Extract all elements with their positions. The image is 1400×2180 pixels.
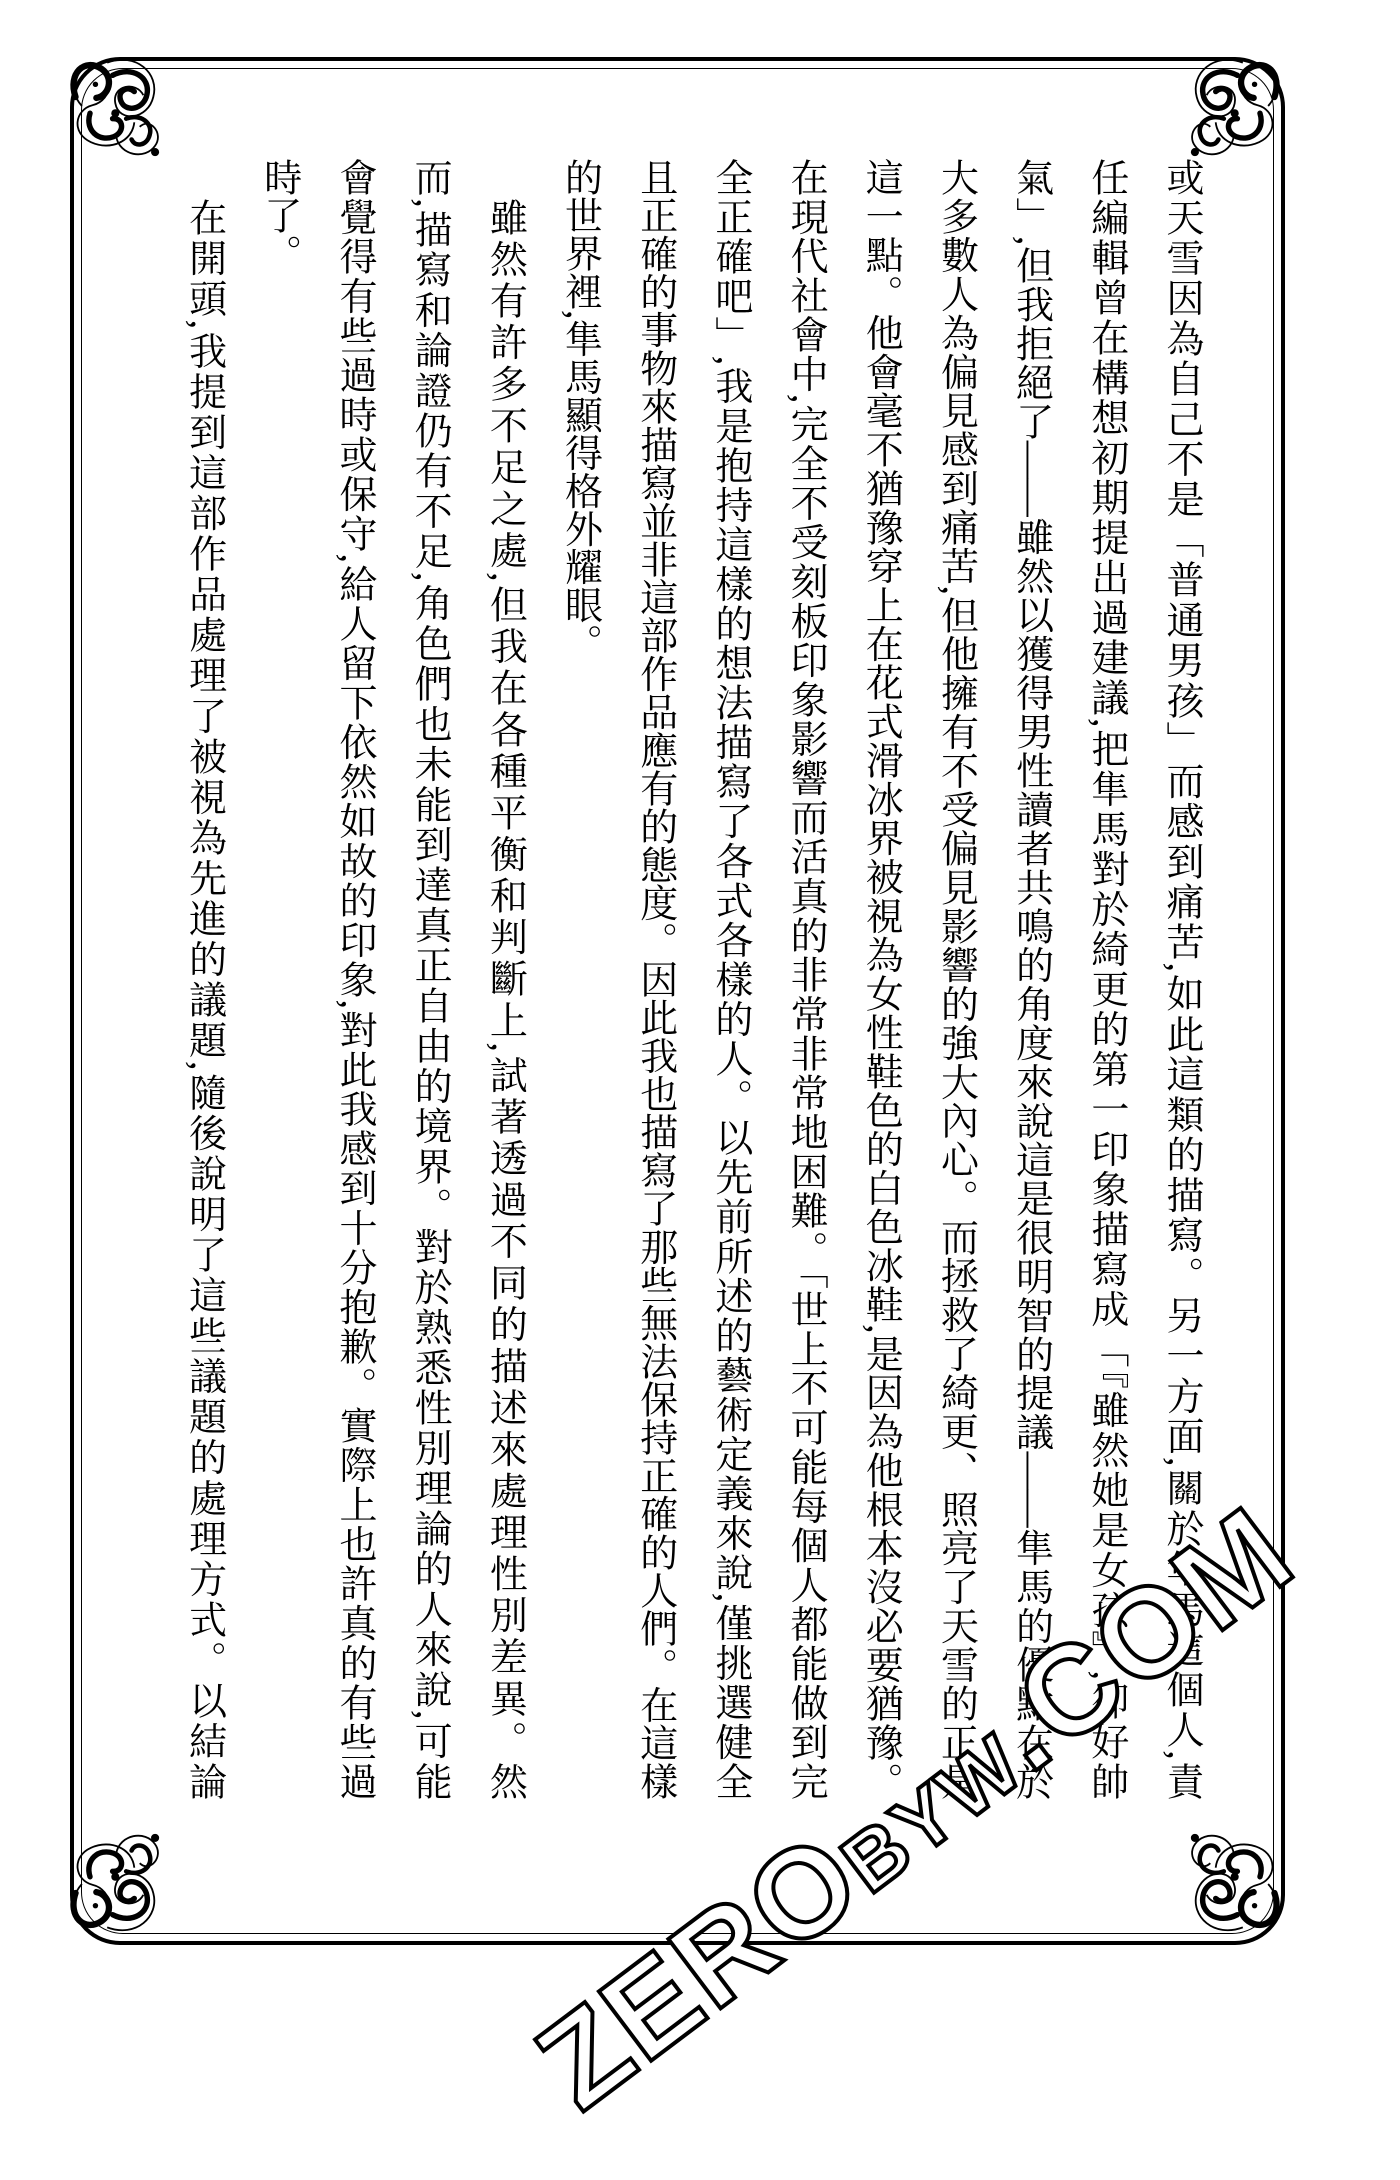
text-column: 且正確的事物來描寫並非這部作品應有的態度。因此我也描寫了那些無法保持正確的人們。… [617, 158, 692, 1800]
corner-flourish-icon [62, 1818, 184, 1940]
corner-flourish-icon [62, 50, 184, 172]
text-column: 全正確吧」,我是抱持這樣的想法描寫了各式各樣的人。以先前所述的藝術定義來說,僅挑… [692, 158, 767, 1800]
book-page: 或天雪因為自己不是「普通男孩」而感到痛苦,如此這類的描寫。另一方面,關於隼馬這個… [0, 0, 1400, 2180]
text-column: 大多數人為偏見感到痛苦,但他擁有不受偏見影響的強大內心。而拯救了綺更、照亮了天雪… [917, 158, 992, 1800]
text-column: 而,描寫和論證仍有不足,角色們也未能到達真正自由的境界。對於熟悉性別理論的人來說… [391, 158, 466, 1800]
corner-flourish-icon [1166, 50, 1288, 172]
text-column: 在現代社會中,完全不受刻板印象影響而活真的非常非常地困難。「世上不可能每個人都能… [767, 158, 842, 1800]
text-column: 的世界裡,隼馬顯得格外耀眼。 [541, 158, 616, 1800]
afterword-text-block: 或天雪因為自己不是「普通男孩」而感到痛苦,如此這類的描寫。另一方面,關於隼馬這個… [164, 158, 1218, 1800]
text-column: 雖然有許多不足之處,但我在各種平衡和判斷上,試著透過不同的描述來處理性別差異。然 [466, 158, 541, 1800]
text-column: 氣」,但我拒絕了——雖然以獲得男性讀者共鳴的角度來說這是很明智的提議——隼馬的優… [992, 158, 1067, 1800]
corner-flourish-icon [1166, 1818, 1288, 1940]
text-column: 這一點。他會毫不猶豫穿上在花式滑冰界被視為女性鞋色的白色冰鞋,是因為他根本沒必要… [842, 158, 917, 1800]
text-column: 在開頭,我提到這部作品處理了被視為先進的議題,隨後說明了這些議題的處理方式。以結… [165, 158, 240, 1800]
text-column: 時了。 [241, 158, 316, 1800]
text-column: 會覺得有些過時或保守,給人留下依然如故的印象,對此我感到十分抱歉。實際上也許真的… [316, 158, 391, 1800]
